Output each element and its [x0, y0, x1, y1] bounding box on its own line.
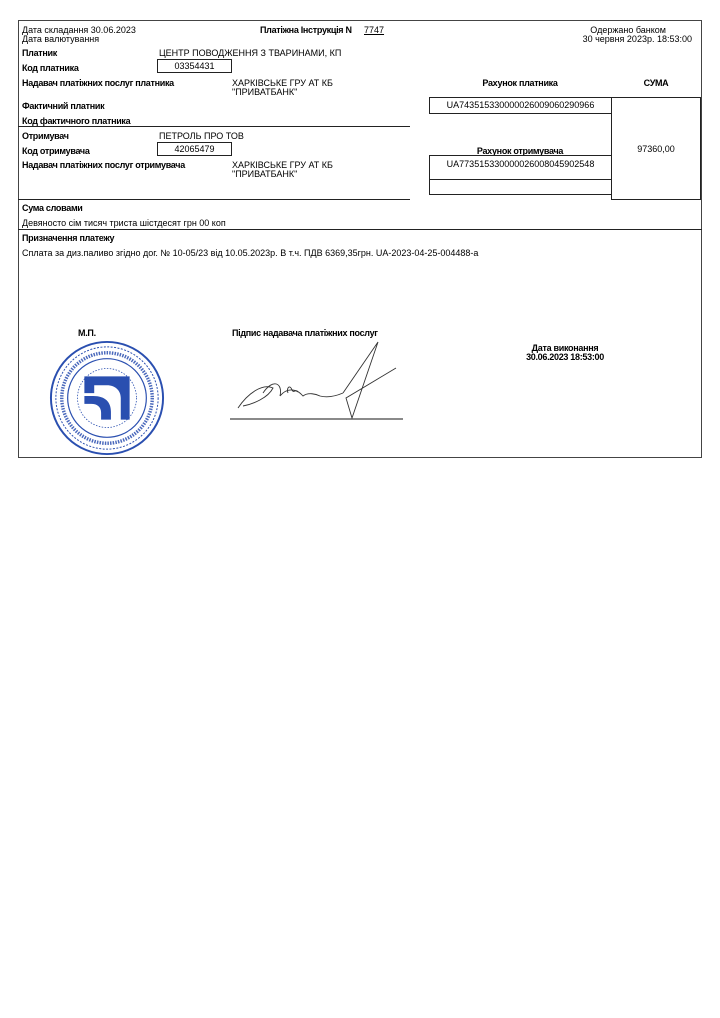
bank-stamp-icon: [48, 339, 166, 457]
amount-words: Девяносто сім тисяч триста шістдесят грн…: [22, 218, 226, 228]
recipient-provider-label: Надавач платіжних послуг отримувача: [22, 160, 185, 170]
amount-words-label: Сума словами: [22, 203, 83, 213]
recipient-code: 42065479: [157, 142, 232, 156]
received-datetime: 30 червня 2023р. 18:53:00: [583, 34, 692, 44]
payer-account: UA743515330000026009060290966: [429, 97, 612, 114]
execution-datetime: 30.06.2023 18:53:00: [500, 352, 630, 362]
instruction-number: 7747: [364, 25, 384, 35]
actual-payer-label: Фактичний платник: [22, 101, 104, 111]
divider-words: [18, 229, 702, 230]
payer-name: ЦЕНТР ПОВОДЖЕННЯ З ТВАРИНАМИ, КП: [159, 48, 341, 58]
payer-code-label: Код платника: [22, 63, 79, 73]
signature-label: Підпис надавача платіжних послуг: [232, 328, 378, 338]
recipient-account: UA773515330000026008045902548: [429, 155, 612, 180]
value-date-label: Дата валютування: [22, 34, 99, 44]
document-title: Платіжна Інструкція N: [260, 25, 352, 35]
signature-icon: [228, 338, 408, 420]
recipient-account-extra: [429, 179, 612, 195]
payer-label: Платник: [22, 48, 57, 58]
recipient-label: Отримувач: [22, 131, 69, 141]
actual-payer-code-label: Код фактичного платника: [22, 116, 130, 126]
seal-label: М.П.: [78, 328, 96, 338]
recipient-provider-line2: "ПРИВАТБАНК": [232, 169, 297, 179]
divider-recipient: [18, 199, 410, 200]
payer-provider-line2: "ПРИВАТБАНК": [232, 87, 297, 97]
amount-value: 97360,00: [611, 97, 701, 200]
purpose-text: Сплата за диз.паливо згідно дог. № 10-05…: [22, 248, 478, 258]
payer-code: 03354431: [157, 59, 232, 73]
recipient-code-label: Код отримувача: [22, 146, 90, 156]
recipient-name: ПЕТРОЛЬ ПРО ТОВ: [159, 131, 244, 141]
divider-payer: [18, 126, 410, 127]
payer-provider-label: Надавач платіжних послуг платника: [22, 78, 174, 88]
purpose-label: Призначення платежу: [22, 233, 114, 243]
amount-label: СУМА: [612, 78, 700, 88]
payer-account-label: Рахунок платника: [430, 78, 610, 88]
